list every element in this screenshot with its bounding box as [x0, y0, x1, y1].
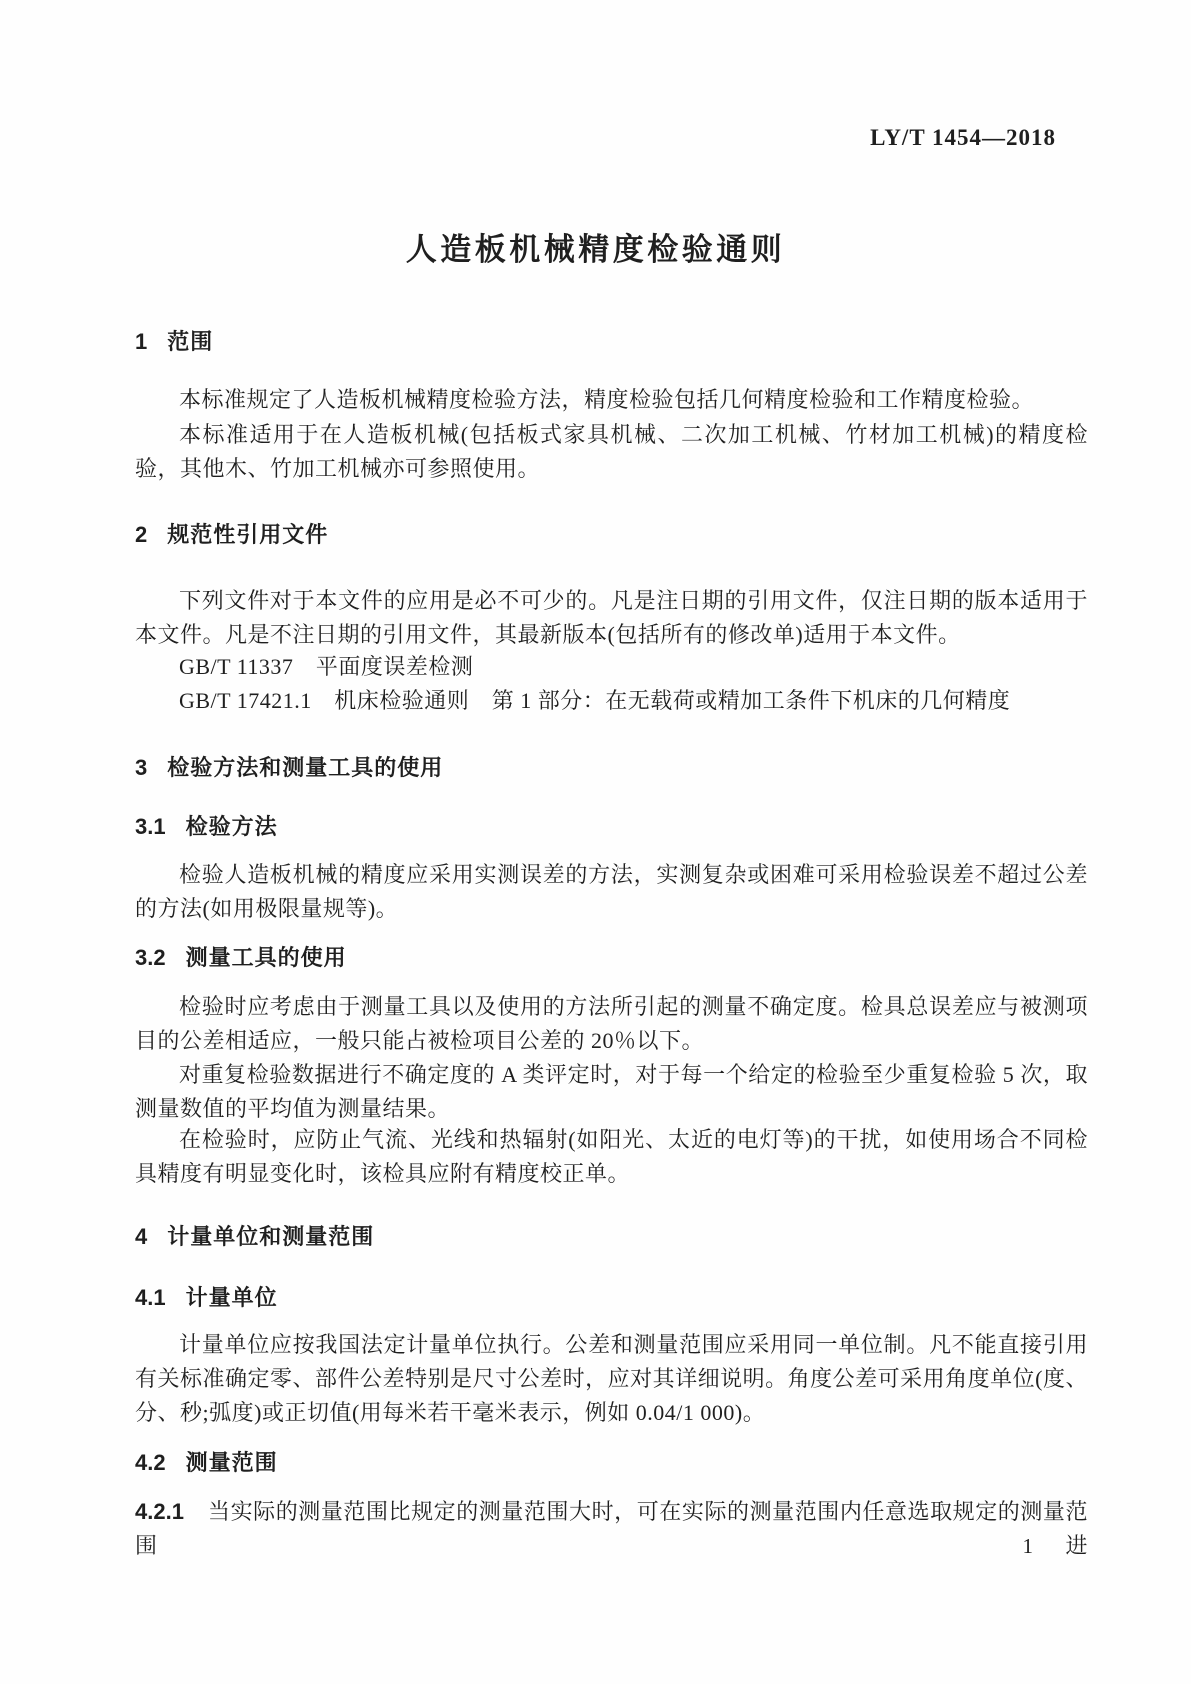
section-number: 3.2 [135, 944, 166, 972]
section-title: 规范性引用文件 [167, 522, 328, 547]
section-number: 2 [135, 521, 147, 549]
section-title: 测量范围 [186, 1450, 278, 1475]
paragraph-tools-1: 检验时应考虑由于测量工具以及使用的方法所引起的测量不确定度。检具总误差应与被测项… [135, 990, 1088, 1058]
section-title: 测量工具的使用 [186, 945, 347, 970]
paragraph-units: 计量单位应按我国法定计量单位执行。公差和测量范围应采用同一单位制。凡不能直接引用… [135, 1328, 1088, 1430]
section-title: 检验方法 [186, 814, 278, 839]
clause-4-2-1: 4.2.1当实际的测量范围比规定的测量范围大时，可在实际的测量范围内任意选取规定… [135, 1495, 1088, 1563]
clause-number: 4.2.1 [135, 1499, 184, 1524]
section-heading-4-2: 4.2测量范围 [135, 1449, 1088, 1477]
section-number: 4.1 [135, 1284, 166, 1312]
section-heading-3-1: 3.1检验方法 [135, 813, 1088, 841]
page-number: 1 [1023, 1532, 1034, 1560]
section-heading-3: 3检验方法和测量工具的使用 [135, 754, 1088, 782]
section-number: 4 [135, 1223, 147, 1251]
standard-code: LY/T 1454—2018 [135, 124, 1056, 152]
reference-gbt-17421: GB/T 17421.1 机床检验通则 第 1 部分：在无载荷或精加工条件下机床… [135, 684, 1088, 718]
section-heading-4-1: 4.1计量单位 [135, 1284, 1088, 1312]
paragraph-scope-1: 本标准规定了人造板机械精度检验方法，精度检验包括几何精度检验和工作精度检验。 [135, 383, 1088, 417]
paragraph-tools-3: 在检验时，应防止气流、光线和热辐射(如阳光、太近的电灯等)的干扰，如使用场合不同… [135, 1123, 1088, 1191]
section-title: 计量单位和测量范围 [167, 1224, 374, 1249]
clause-text: 当实际的测量范围比规定的测量范围大时，可在实际的测量范围内任意选取规定的测量范围… [135, 1499, 1088, 1558]
section-title: 范围 [167, 329, 213, 354]
section-number: 3 [135, 754, 147, 782]
section-heading-1: 1范围 [135, 328, 1088, 356]
paragraph-scope-2: 本标准适用于在人造板机械(包括板式家具机械、二次加工机械、竹材加工机械)的精度检… [135, 418, 1088, 486]
reference-gbt-11337: GB/T 11337 平面度误差检测 [135, 650, 1088, 684]
paragraph-method: 检验人造板机械的精度应采用实测误差的方法，实测复杂或困难可采用检验误差不超过公差… [135, 858, 1088, 926]
section-title: 计量单位 [186, 1285, 278, 1310]
section-heading-2: 2规范性引用文件 [135, 521, 1088, 549]
paragraph-refs-intro: 下列文件对于本文件的应用是必不可少的。凡是注日期的引用文件，仅注日期的版本适用于… [135, 584, 1088, 652]
document-title: 人造板机械精度检验通则 [0, 228, 1191, 272]
section-number: 4.2 [135, 1449, 166, 1477]
section-number: 1 [135, 328, 147, 356]
section-title: 检验方法和测量工具的使用 [167, 755, 443, 780]
section-heading-3-2: 3.2测量工具的使用 [135, 944, 1088, 972]
paragraph-tools-2: 对重复检验数据进行不确定度的 A 类评定时，对于每一个给定的检验至少重复检验 5… [135, 1058, 1088, 1126]
section-heading-4: 4计量单位和测量范围 [135, 1223, 1088, 1251]
section-number: 3.1 [135, 813, 166, 841]
document-page: LY/T 1454—2018 人造板机械精度检验通则 1范围 本标准规定了人造板… [0, 0, 1191, 1684]
